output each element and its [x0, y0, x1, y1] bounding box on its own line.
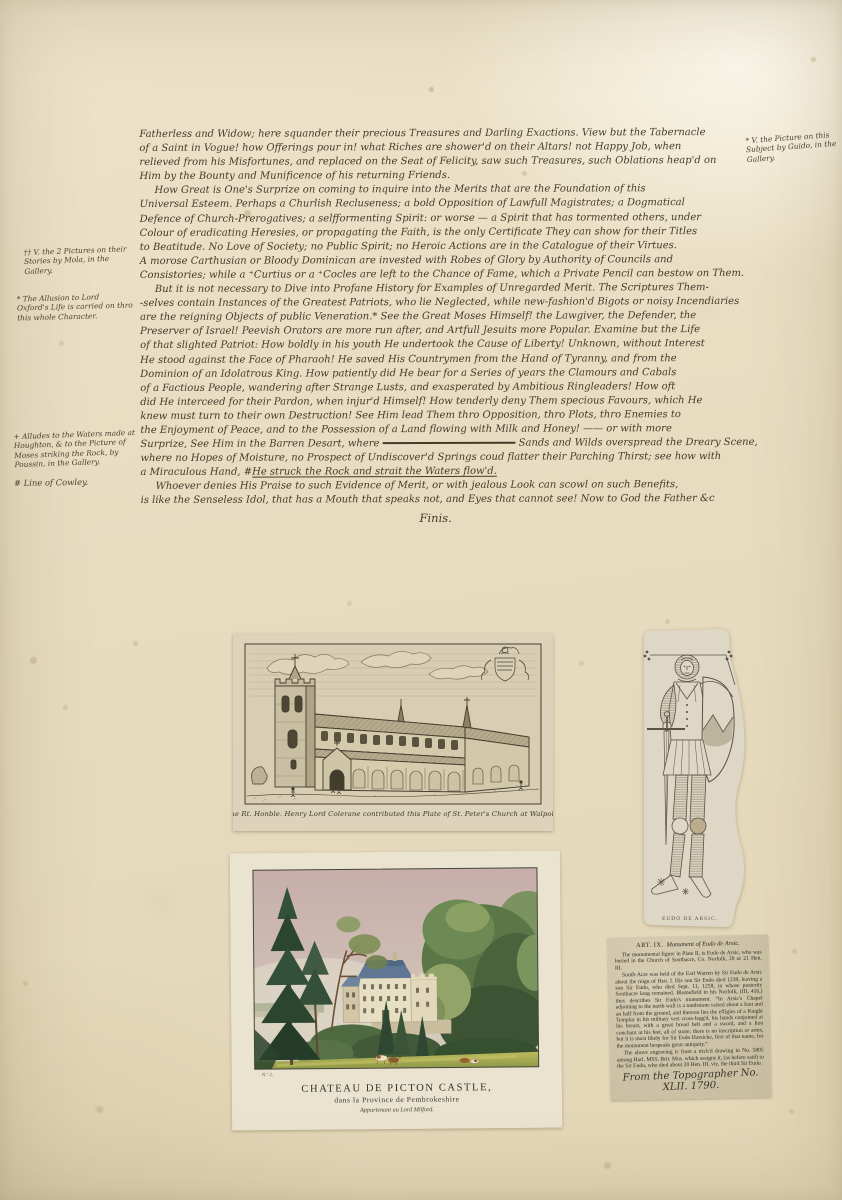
clipping-title: Monument of Eudo de Arsic.: [667, 940, 740, 949]
knight-caption: EUDO DE ARSIC.: [662, 916, 718, 922]
manuscript-line: where no Hopes of Moisture, no Prospect …: [140, 450, 730, 466]
finis: Finis.: [141, 510, 731, 526]
church-caption: The Rt. Honble. Henry Lord Colerane cont…: [233, 810, 553, 818]
clipping-handwritten-source: From the Topographer No. XLII. 1790.: [617, 1067, 765, 1095]
clipping-article-number: ART. IX.: [636, 942, 664, 950]
margin-note-mola-pictures: †† V. the 2 Pictures on their Stories by…: [24, 244, 137, 276]
knight-engraving-image: EUDO DE ARSIC.: [630, 627, 754, 930]
struck-line-before: Surprize, See Him in the Barren Desart, …: [140, 438, 382, 450]
chateau-watercolor-image: N.º 2. CHATEAU DE PICTON CASTLE, dans la…: [230, 851, 562, 1131]
clipping-heading: ART. IX.Monument of Eudo de Arsic.: [614, 939, 761, 950]
underlined-quote: He struck the Rock and strait the Waters…: [252, 466, 497, 478]
underline-line-before: a Miraculous Hand, #: [140, 467, 252, 478]
church-engraving-print: The Rt. Honble. Henry Lord Colerane cont…: [233, 634, 553, 831]
knight-cutout-print: EUDO DE ARSIC.: [630, 627, 754, 930]
printed-clipping: ART. IX.Monument of Eudo de Arsic. The m…: [607, 934, 771, 1101]
chateau-watercolor-print: N.º 2. CHATEAU DE PICTON CASTLE, dans la…: [230, 851, 562, 1131]
church-engraving-image: The Rt. Honble. Henry Lord Colerane cont…: [233, 634, 553, 831]
chateau-title: CHATEAU DE PICTON CASTLE,: [301, 1082, 492, 1095]
watercolor-scene: [230, 868, 562, 1072]
plate-number: N.º 2.: [262, 1072, 273, 1078]
struck-out-illegible-text: ~~~~~~~~~~~~~~~~~~: [383, 438, 516, 449]
margin-note-cowley: # Line of Cowley.: [14, 477, 134, 488]
manuscript-lines: Fatherless and Widow; here squander thei…: [139, 126, 730, 438]
foxing-spots: [0, 0, 3, 3]
clipping-paragraph: The above engraving is from a trick'd dr…: [617, 1048, 764, 1070]
clipping-paragraph: The monumental figure in Plate II, is Eu…: [615, 949, 762, 971]
margin-note-right-guido: * V. the Picture on this Subject by Guid…: [745, 130, 839, 165]
manuscript-closing-lines: Whoever denies His Praise to such Eviden…: [141, 478, 731, 508]
margin-note-houghton-poussin: + Alludes to the Waters made at Houghton…: [13, 428, 138, 470]
manuscript-text-block: Fatherless and Widow; here squander thei…: [139, 126, 730, 526]
album-page: Fatherless and Widow; here squander thei…: [0, 0, 842, 1200]
chateau-attribution: Appartenant au Lord Milford.: [359, 1106, 434, 1114]
chateau-subtitle: dans la Province de Pembrokeshire: [334, 1094, 459, 1104]
struck-line-after: Sands and Wilds overspread the Dreary Sc…: [515, 437, 757, 449]
margin-note-lord-oxford: * The Allusion to Lord Oxford's Life is …: [17, 291, 134, 322]
clipping-paragraph: South-Acre was held of the Earl Warren b…: [615, 970, 764, 1050]
